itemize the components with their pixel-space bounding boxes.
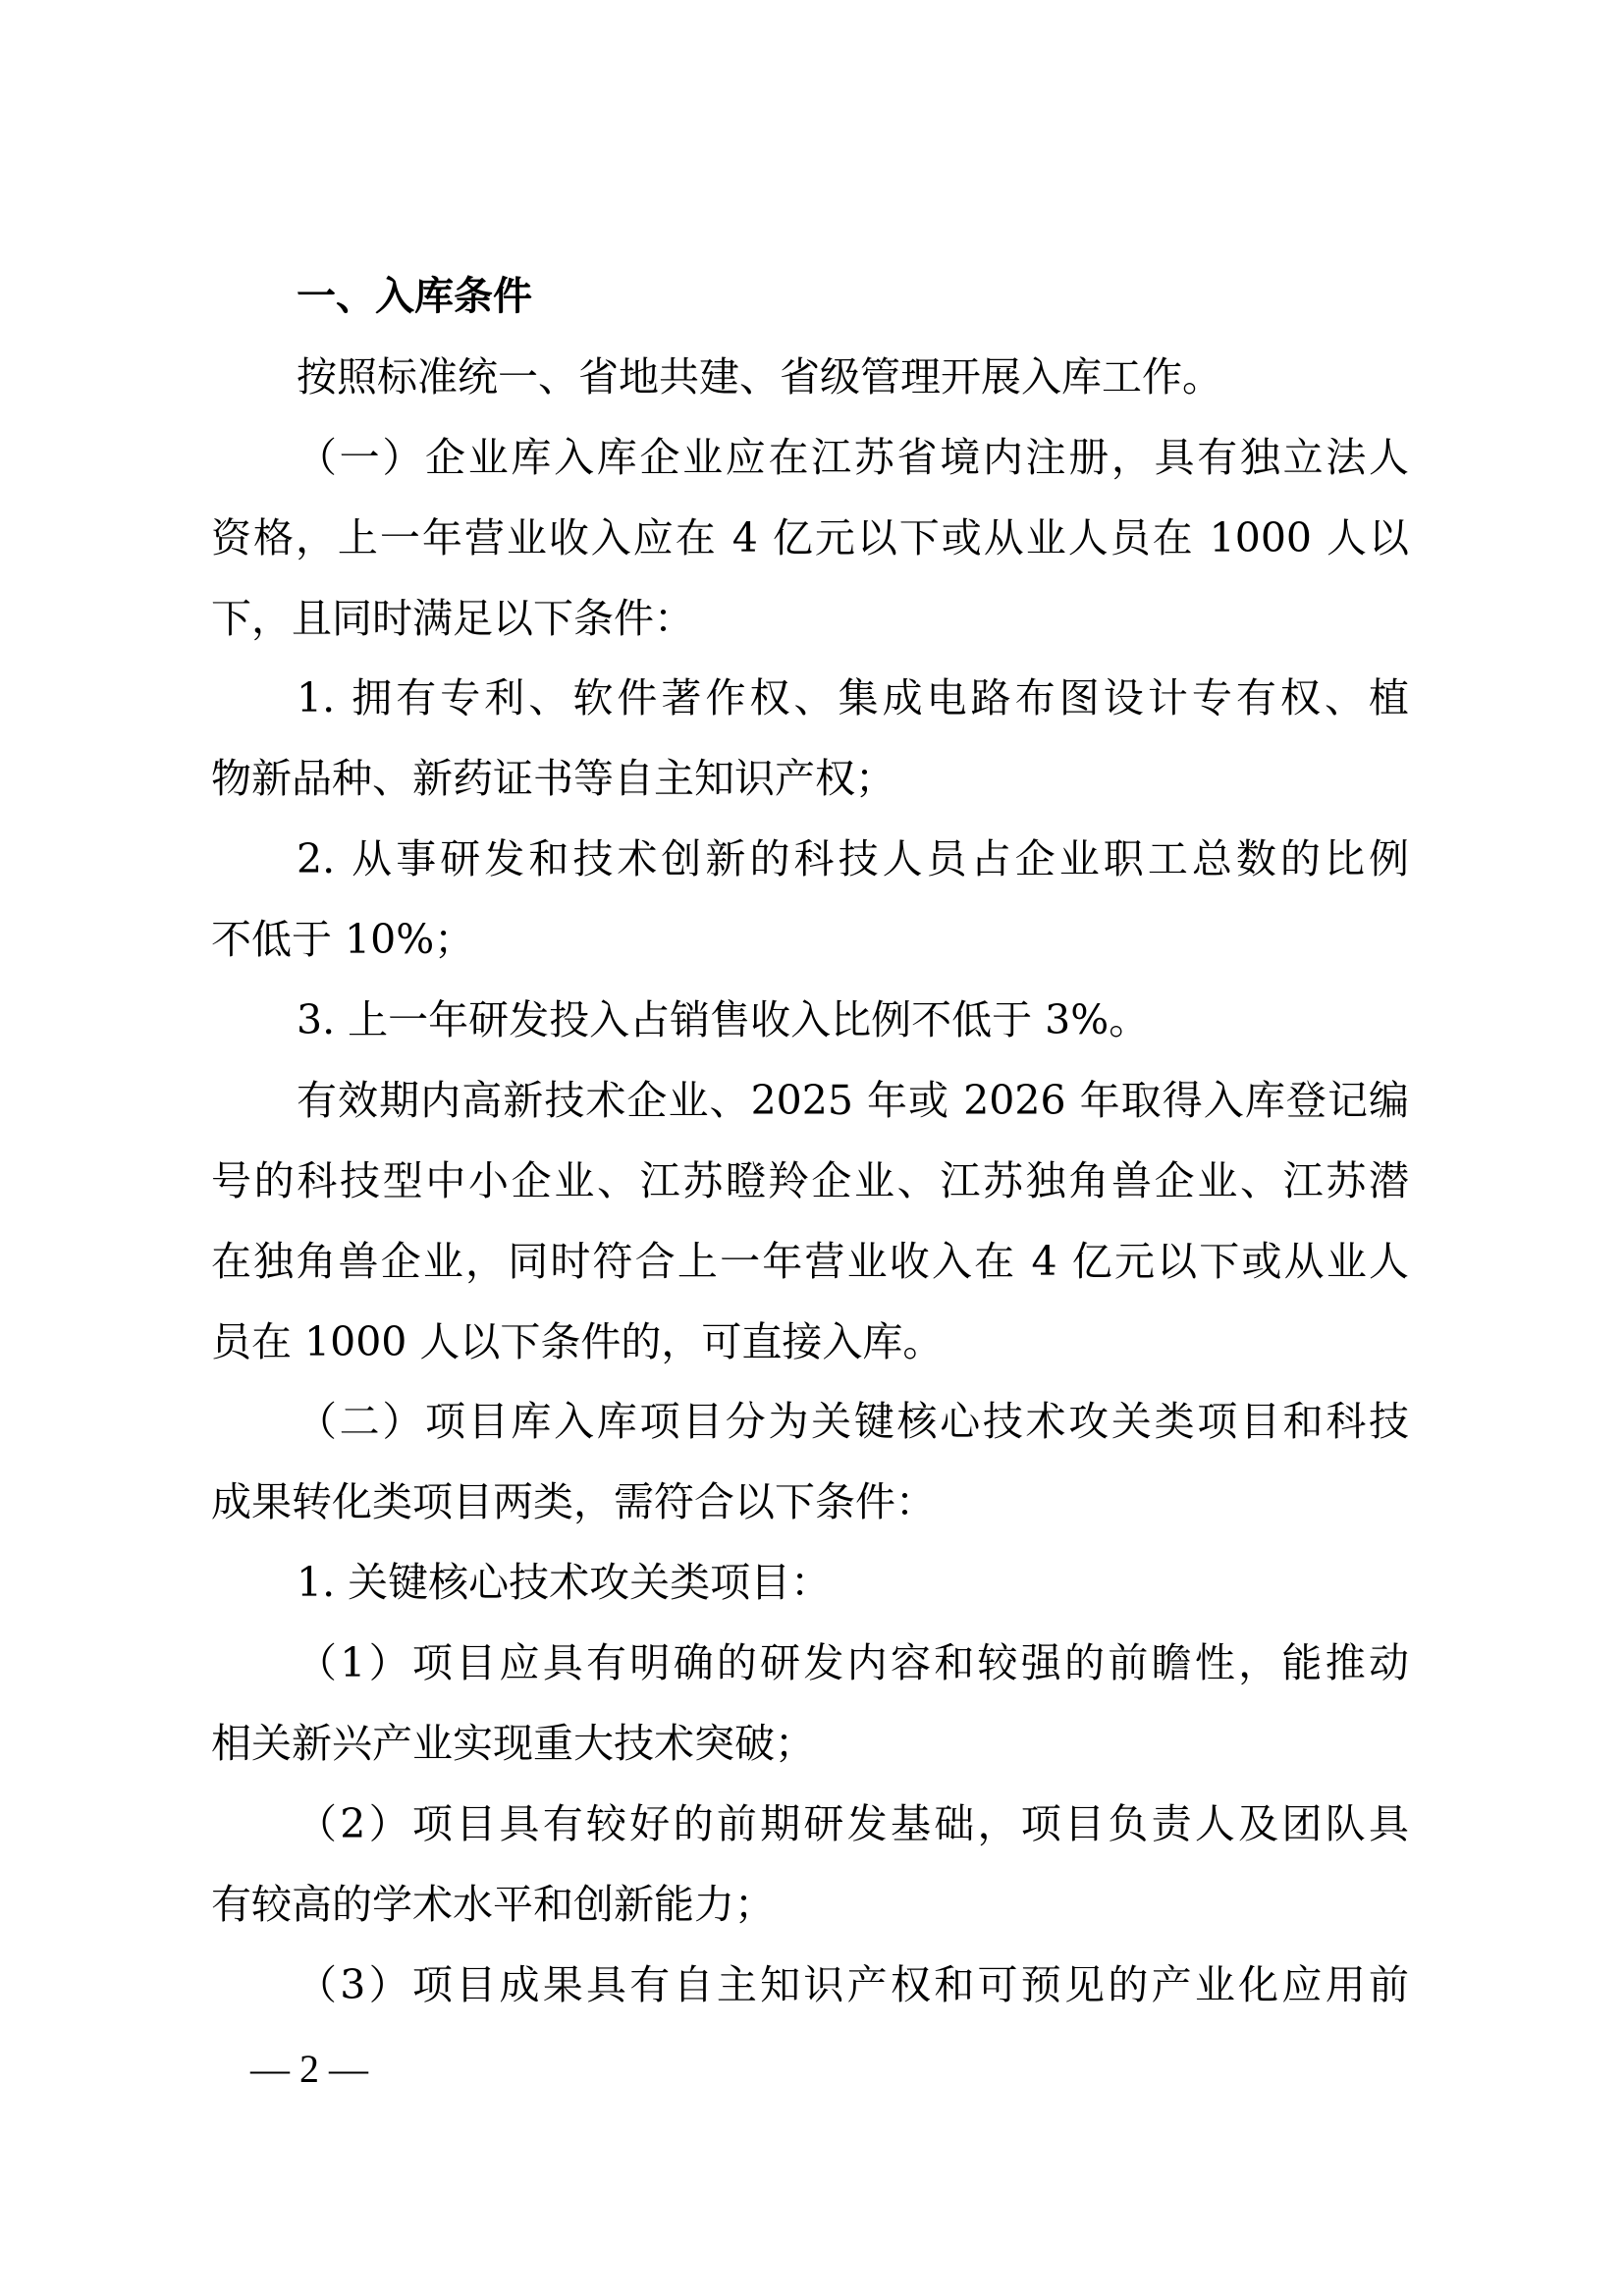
- paragraph-line: 按照标准统一、省地共建、省级管理开展入库工作。: [211, 346, 1409, 426]
- document-page: 一、入库条件 按照标准统一、省地共建、省级管理开展入库工作。 （一）企业库入库企…: [0, 0, 1624, 2296]
- paragraph-line: 下，且同时满足以下条件：: [211, 587, 1409, 667]
- list-item-line: 2. 从事研发和技术创新的科技人员占企业职工总数的比例: [211, 828, 1409, 908]
- paragraph-line: 成果转化类项目两类，需符合以下条件：: [211, 1470, 1409, 1551]
- list-item-line: 1. 关键核心技术攻关类项目：: [211, 1551, 1409, 1631]
- paragraph-line: （二）项目库入库项目分为关键核心技术攻关类项目和科技: [211, 1390, 1409, 1470]
- paragraph-line: 在独角兽企业，同时符合上一年营业收入在 4 亿元以下或从业人: [211, 1230, 1409, 1310]
- list-item-line: 1. 拥有专利、软件著作权、集成电路布图设计专有权、植: [211, 667, 1409, 747]
- list-item-line: 相关新兴产业实现重大技术突破；: [211, 1712, 1409, 1792]
- list-item-line: （1）项目应具有明确的研发内容和较强的前瞻性，能推动: [211, 1631, 1409, 1712]
- list-item-line: 不低于 10%；: [211, 908, 1409, 988]
- paragraph-line: 资格，上一年营业收入应在 4 亿元以下或从业人员在 1000 人以: [211, 507, 1409, 587]
- list-item-line: （2）项目具有较好的前期研发基础，项目负责人及团队具: [211, 1792, 1409, 1873]
- paragraph-line: 员在 1000 人以下条件的，可直接入库。: [211, 1310, 1409, 1391]
- list-item-line: （3）项目成果具有自主知识产权和可预见的产业化应用前: [211, 1953, 1409, 2034]
- section-heading: 一、入库条件: [211, 265, 1409, 346]
- paragraph-line: （一）企业库入库企业应在江苏省境内注册，具有独立法人: [211, 426, 1409, 507]
- list-item-line: 物新品种、新药证书等自主知识产权；: [211, 747, 1409, 828]
- list-item-line: 有较高的学术水平和创新能力；: [211, 1873, 1409, 1953]
- page-number: — 2 —: [250, 2046, 368, 2093]
- paragraph-line: 号的科技型中小企业、江苏瞪羚企业、江苏独角兽企业、江苏潜: [211, 1149, 1409, 1230]
- paragraph-line: 有效期内高新技术企业、2025 年或 2026 年取得入库登记编: [211, 1069, 1409, 1149]
- document-body: 一、入库条件 按照标准统一、省地共建、省级管理开展入库工作。 （一）企业库入库企…: [211, 265, 1409, 2034]
- list-item-line: 3. 上一年研发投入占销售收入比例不低于 3%。: [211, 988, 1409, 1069]
